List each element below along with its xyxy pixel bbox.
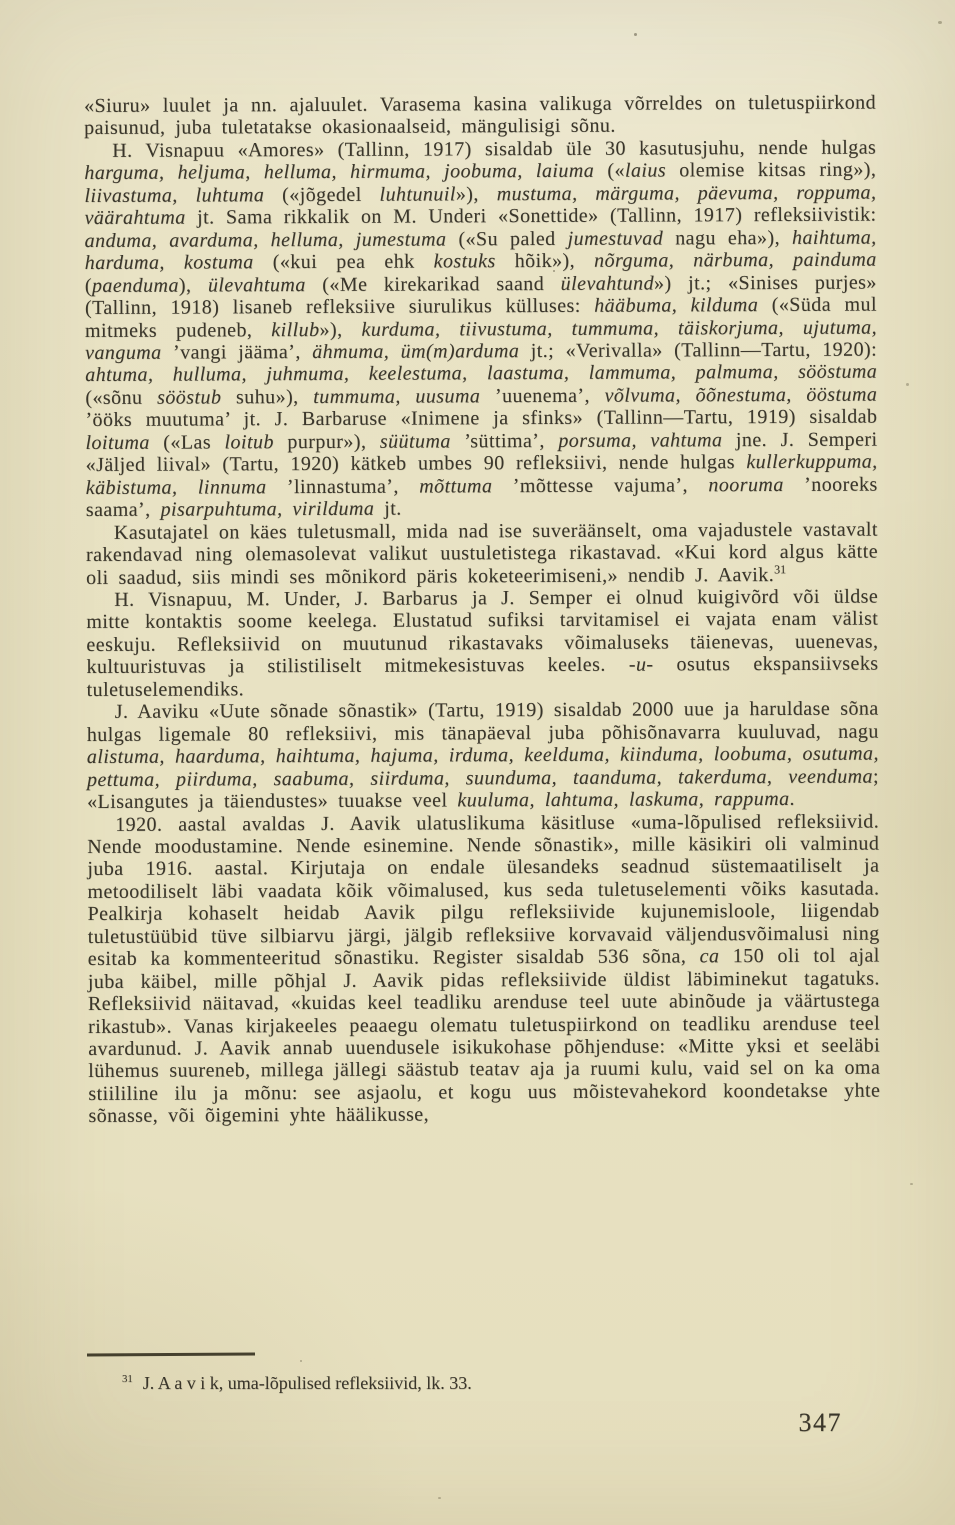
text-run: («Me kirekarikad saand — [306, 273, 561, 296]
italic-run: liivastuma, luhtuma — [84, 184, 264, 207]
paragraph: «Siuru» luulet ja nn. ajaluulet. Varasem… — [84, 92, 876, 140]
text-run: J. Aaviku «Uute sõnade sõnastik» (Tartu,… — [87, 698, 879, 746]
text-run: . — [789, 788, 795, 810]
paragraph: H. Visnapuu, M. Under, J. Barbarus ja J.… — [86, 586, 878, 702]
text-run: nagu eha»), — [663, 227, 792, 250]
italic-run: tummuma, uusuma — [313, 385, 480, 408]
italic-run: nooruma — [708, 474, 783, 496]
italic-run: mõttuma — [419, 475, 492, 497]
scan-speck — [938, 21, 942, 24]
text-run: Kasutajatel on käes tuletusmall, mida na… — [86, 518, 878, 588]
paragraph: 1920. aastal avaldas J. Aavik ulatusliku… — [87, 810, 880, 1128]
italic-run: laius — [625, 160, 666, 182]
scan-speck — [910, 1183, 913, 1185]
italic-run: harguma, heljuma, helluma, hirmuma, joob… — [84, 160, 594, 184]
text-run: H. Visnapuu «Amores» (Tallinn, 1917) sis… — [112, 136, 876, 161]
italic-run: anduma, avarduma, helluma, jumestuma — [85, 228, 447, 252]
footnote-reference: 31 — [774, 562, 786, 576]
italic-run: jumestuvad — [568, 227, 664, 249]
text-run: («kui pea ehk — [254, 251, 434, 274]
text-run: (« — [594, 160, 625, 182]
scan-speck — [300, 1360, 302, 1362]
italic-run: ahtuma, hulluma, juhmuma, keelestuma, la… — [85, 361, 877, 386]
italic-run: ca — [700, 945, 720, 967]
text-run: jt. — [374, 498, 402, 520]
page-number: 347 — [799, 1408, 843, 1438]
text-run: purpur»), — [274, 431, 380, 453]
italic-run: loitub — [224, 431, 273, 453]
italic-run: luhtunuil — [379, 183, 455, 205]
text-run: hõik»), — [496, 250, 595, 272]
italic-run: nõrguma, närbuma, painduma — [594, 249, 877, 272]
italic-run: -u- — [629, 654, 654, 676]
italic-run: loituma — [85, 432, 149, 454]
text-run: «Siuru» luulet ja nn. ajaluulet. Varasem… — [84, 92, 876, 140]
paragraph: Kasutajatel on käes tuletusmall, mida na… — [86, 518, 878, 589]
text-run: ’uuenema’, — [480, 385, 604, 408]
text-run: jt.; «Verivalla» (Tallinn—Tartu, 1920): — [519, 339, 877, 363]
text-run: »), — [456, 183, 497, 205]
italic-run: ülevahtuma — [208, 274, 306, 296]
paragraph: J. Aaviku «Uute sõnade sõnastik» (Tartu,… — [87, 698, 879, 814]
text-run: ’linnastuma’, — [266, 475, 419, 498]
text-run: suhu»), — [221, 386, 313, 408]
scan-speck — [906, 383, 909, 386]
scan-speck — [438, 1497, 441, 1499]
footnote-marker: 31 — [122, 1373, 133, 1385]
italic-run: süütuma — [380, 430, 451, 452]
italic-run: ülevahtund — [561, 272, 654, 294]
italic-run: kuuluma, lahtuma, laskuma, rappuma — [457, 788, 789, 811]
scan-speck — [553, 270, 555, 272]
scanned-page: { "page": { "paper_color": "#e8e2c2", "i… — [0, 0, 955, 1525]
italic-run: paenduma — [92, 274, 179, 296]
text-run: ’vangi jääma’, — [162, 341, 313, 364]
italic-run: porsuma, vahtuma — [558, 429, 722, 452]
italic-run: alistuma, haarduma, haihtuma, hajuma, ir… — [87, 743, 879, 791]
italic-run: pisarpuhtuma, virilduma — [160, 498, 374, 521]
footnote-text: J. A a v i k, uma-lõpulised refleksiivid… — [143, 1373, 472, 1393]
text-run: ’mõttesse vajuma’, — [492, 474, 708, 497]
text-block: «Siuru» luulet ja nn. ajaluulet. Varasem… — [84, 92, 880, 1128]
text-run: jt. Sama rikkalik on M. Underi «Sonettid… — [186, 204, 877, 229]
text-run: ’süttima’, — [451, 430, 559, 452]
text-run: ), — [179, 274, 208, 296]
italic-run: sööstub — [157, 386, 221, 408]
text-run: 150 oli tol ajal juba käibel, mille põhj… — [88, 945, 881, 1128]
text-run: («Las — [150, 431, 225, 453]
text-run: («sõnu — [85, 387, 157, 409]
scan-speck — [760, 952, 762, 955]
paragraph: H. Visnapuu «Amores» (Tallinn, 1917) sis… — [84, 136, 878, 521]
scan-speck — [634, 33, 637, 36]
text-run: («jõgedel — [264, 184, 379, 207]
text-run: olemise kitsas ring»), — [666, 159, 876, 182]
text-run: ’ööks muutuma’ jt. J. Barbaruse «Inimene… — [85, 406, 877, 431]
italic-run: võlvuma, õõnestuma, ööstuma — [605, 383, 878, 406]
italic-run: kostuks — [434, 250, 496, 272]
italic-run: hääbuma, kilduma — [594, 294, 758, 317]
italic-run: killub — [271, 319, 319, 341]
text-run: («Su paled — [446, 228, 567, 251]
text-run: »), — [319, 318, 361, 340]
italic-run: ähmuma, üm(m)arduma — [312, 340, 519, 363]
footnote: 31J. A a v i k, uma-lõpulised refleksiiv… — [84, 1372, 914, 1394]
